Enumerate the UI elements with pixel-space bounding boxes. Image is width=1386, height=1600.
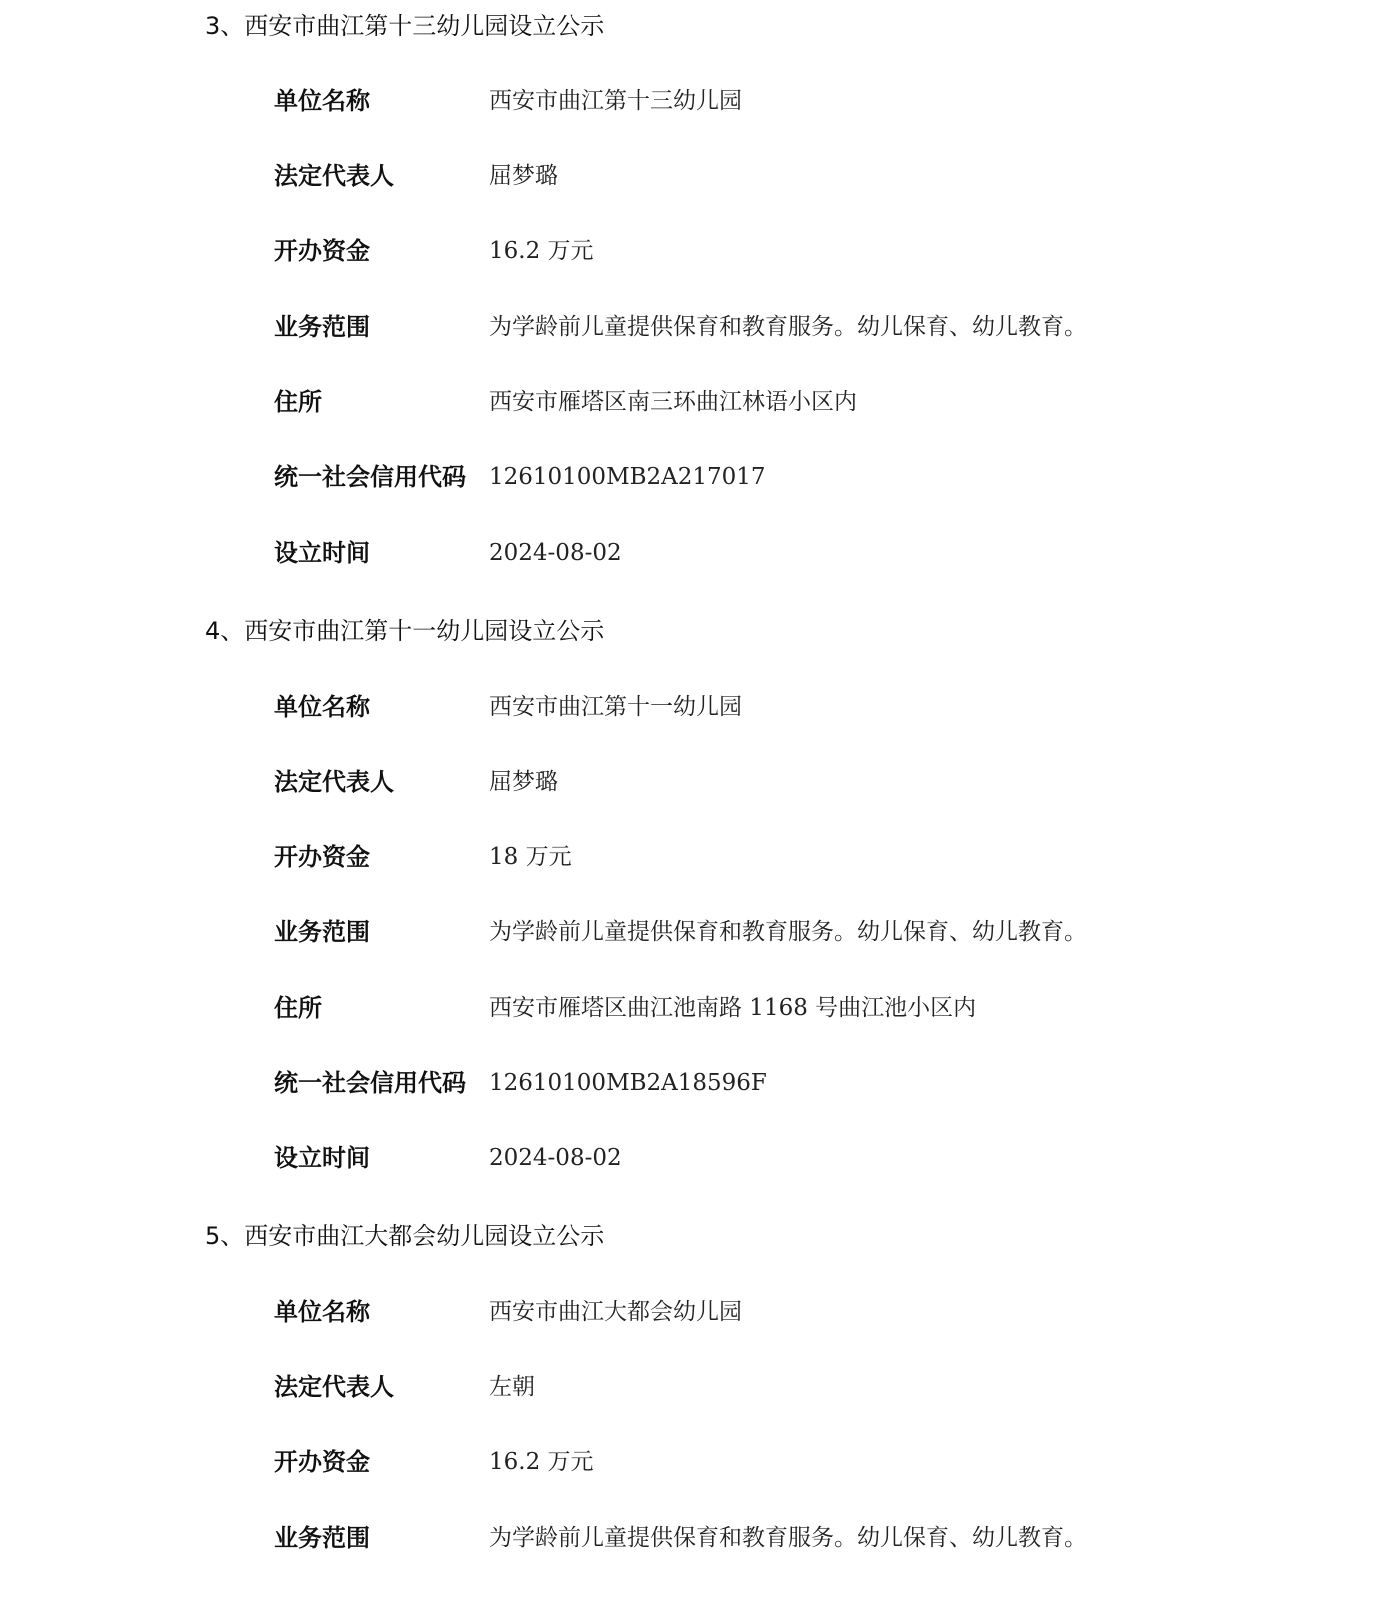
field-label: 开办资金 [274, 236, 370, 266]
field-label: 统一社会信用代码 [274, 1068, 466, 1098]
field-label: 住所 [274, 387, 322, 417]
field-row-credit-code: 统一社会信用代码 12610100MB2A18596F [274, 1068, 1274, 1098]
field-label: 业务范围 [274, 312, 370, 342]
section-heading: 3、西安市曲江第十三幼儿园设立公示 [205, 11, 604, 41]
field-value: 为学龄前儿童提供保育和教育服务。幼儿保育、幼儿教育。 [489, 1523, 1087, 1553]
field-row-established-date: 设立时间 2024-08-02 [274, 538, 1274, 568]
field-label: 统一社会信用代码 [274, 462, 466, 492]
field-row-legal-representative: 法定代表人 屈梦璐 [274, 161, 1274, 191]
field-value: 西安市雁塔区南三环曲江林语小区内 [489, 387, 857, 417]
field-row-unit-name: 单位名称 西安市曲江大都会幼儿园 [274, 1297, 1274, 1327]
field-value: 2024-08-02 [489, 538, 622, 568]
field-label: 法定代表人 [274, 767, 394, 797]
field-row-unit-name: 单位名称 西安市曲江第十一幼儿园 [274, 692, 1274, 722]
field-value: 西安市曲江大都会幼儿园 [489, 1297, 742, 1327]
field-value: 2024-08-02 [489, 1143, 622, 1173]
field-label: 设立时间 [274, 538, 370, 568]
field-label: 法定代表人 [274, 161, 394, 191]
field-row-business-scope: 业务范围 为学龄前儿童提供保育和教育服务。幼儿保育、幼儿教育。 [274, 917, 1274, 947]
field-row-business-scope: 业务范围 为学龄前儿童提供保育和教育服务。幼儿保育、幼儿教育。 [274, 312, 1274, 342]
field-value: 18 万元 [489, 842, 572, 872]
field-value: 12610100MB2A18596F [489, 1068, 767, 1098]
field-label: 开办资金 [274, 842, 370, 872]
field-label: 法定代表人 [274, 1372, 394, 1402]
field-value: 屈梦璐 [489, 767, 558, 797]
field-value: 为学龄前儿童提供保育和教育服务。幼儿保育、幼儿教育。 [489, 312, 1087, 342]
field-label: 业务范围 [274, 917, 370, 947]
field-row-legal-representative: 法定代表人 屈梦璐 [274, 767, 1274, 797]
field-label: 单位名称 [274, 1297, 370, 1327]
field-row-start-up-capital: 开办资金 16.2 万元 [274, 236, 1274, 266]
field-row-established-date: 设立时间 2024-08-02 [274, 1143, 1274, 1173]
field-row-credit-code: 统一社会信用代码 12610100MB2A217017 [274, 462, 1274, 492]
field-value: 16.2 万元 [489, 236, 594, 266]
field-value: 屈梦璐 [489, 161, 558, 191]
field-value: 西安市曲江第十一幼儿园 [489, 692, 742, 722]
field-label: 单位名称 [274, 86, 370, 116]
field-label: 设立时间 [274, 1143, 370, 1173]
field-label: 开办资金 [274, 1447, 370, 1477]
field-row-address: 住所 西安市雁塔区曲江池南路 1168 号曲江池小区内 [274, 993, 1274, 1023]
field-row-address: 住所 西安市雁塔区南三环曲江林语小区内 [274, 387, 1274, 417]
section-heading: 5、西安市曲江大都会幼儿园设立公示 [205, 1221, 604, 1251]
field-row-start-up-capital: 开办资金 18 万元 [274, 842, 1274, 872]
field-row-start-up-capital: 开办资金 16.2 万元 [274, 1447, 1274, 1477]
field-label: 业务范围 [274, 1523, 370, 1553]
field-value: 西安市雁塔区曲江池南路 1168 号曲江池小区内 [489, 993, 976, 1023]
field-label: 住所 [274, 993, 322, 1023]
field-value: 左朝 [489, 1372, 535, 1402]
field-value: 西安市曲江第十三幼儿园 [489, 86, 742, 116]
field-value: 16.2 万元 [489, 1447, 594, 1477]
field-value: 12610100MB2A217017 [489, 462, 766, 492]
field-row-business-scope: 业务范围 为学龄前儿童提供保育和教育服务。幼儿保育、幼儿教育。 [274, 1523, 1274, 1553]
section-heading: 4、西安市曲江第十一幼儿园设立公示 [205, 616, 604, 646]
field-value: 为学龄前儿童提供保育和教育服务。幼儿保育、幼儿教育。 [489, 917, 1087, 947]
field-row-legal-representative: 法定代表人 左朝 [274, 1372, 1274, 1402]
field-label: 单位名称 [274, 692, 370, 722]
field-row-unit-name: 单位名称 西安市曲江第十三幼儿园 [274, 86, 1274, 116]
